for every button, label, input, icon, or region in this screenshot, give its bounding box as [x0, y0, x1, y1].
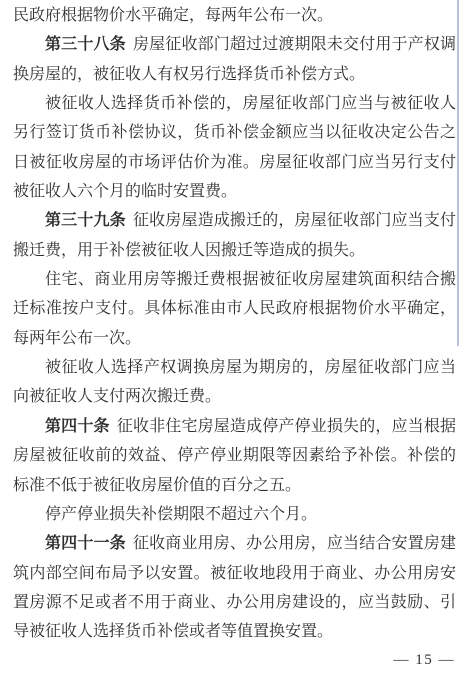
paragraph: 停产停业损失补偿期限不超过六个月。 [13, 500, 456, 529]
document-page: 民政府根据物价水平确定，每两年公布一次。第三十八条房屋征收部门超过过渡期限未交付… [0, 0, 471, 690]
article-number: 第四十条 [45, 418, 110, 435]
paragraph-text: 被征收人选择货币补偿的，房屋征收部门应当与被征收人另行签订货币补偿协议，货币补偿… [13, 95, 456, 200]
paragraph-text: 住宅、商业用房等搬迁费根据被征收房屋建筑面积结合搬迁标准按户支付。具体标准由市人… [13, 271, 456, 347]
paragraph: 民政府根据物价水平确定，每两年公布一次。 [13, 1, 456, 30]
paragraph-text: 停产停业损失补偿期限不超过六个月。 [45, 506, 317, 523]
paragraph: 第四十一条征收商业用房、办公用房，应当结合安置房建筑内部空间布局予以安置。被征收… [13, 529, 456, 646]
article-number: 第三十八条 [45, 36, 126, 53]
paragraph: 被征收人选择货币补偿的，房屋征收部门应当与被征收人另行签订货币补偿协议，货币补偿… [13, 89, 456, 206]
right-margin-line [457, 0, 459, 346]
paragraph: 第三十八条房屋征收部门超过过渡期限未交付用于产权调换房屋的，被征收人有权另行选择… [13, 30, 456, 89]
paragraph: 住宅、商业用房等搬迁费根据被征收房屋建筑面积结合搬迁标准按户支付。具体标准由市人… [13, 265, 456, 353]
article-number: 第三十九条 [45, 212, 126, 229]
article-number: 第四十一条 [45, 535, 126, 552]
paragraph-text: 民政府根据物价水平确定，每两年公布一次。 [13, 7, 333, 24]
paragraph: 第四十条征收非住宅房屋造成停产停业损失的，应当根据房屋被征收前的效益、停产停业期… [13, 412, 456, 500]
paragraph: 第三十九条征收房屋造成搬迁的，房屋征收部门应当支付搬迁费，用于补偿被征收人因搬迁… [13, 206, 456, 265]
paragraph-text: 被征收人选择产权调换房屋为期房的，房屋征收部门应当向被征收人支付两次搬迁费。 [13, 359, 456, 405]
paragraph: 被征收人选择产权调换房屋为期房的，房屋征收部门应当向被征收人支付两次搬迁费。 [13, 353, 456, 412]
page-number: — 15 — [394, 652, 456, 669]
document-body: 民政府根据物价水平确定，每两年公布一次。第三十八条房屋征收部门超过过渡期限未交付… [13, 1, 456, 647]
